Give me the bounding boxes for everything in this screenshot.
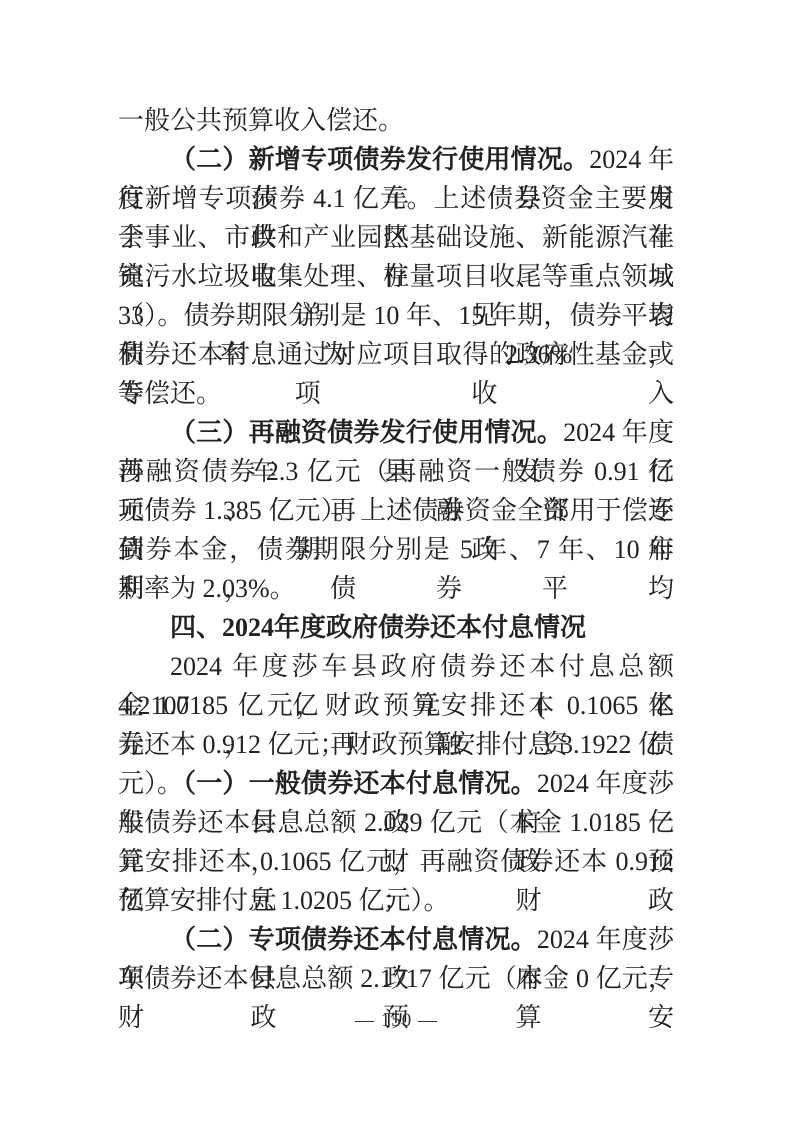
text-line: （一）一般债券还本付息情况。2024 年度莎车县政府一 bbox=[118, 764, 674, 803]
bold-heading-run: （三）再融资债券发行使用情况。 bbox=[170, 418, 563, 447]
text-line: （三）再融资债券发行使用情况。2024 年度莎车县发行 bbox=[118, 413, 674, 452]
bold-heading-run: 四、2024年度政府债券还本付息情况 bbox=[170, 613, 586, 642]
text-line: 项债券还本付息总额 2.1717 亿元（本金 0 亿元，财政预算安 bbox=[118, 959, 674, 998]
text-line: 四、2024年度政府债券还本付息情况 bbox=[118, 608, 674, 647]
text-line: 券还本 0.912 亿元；财政预算安排付息 3.1922 亿元）。 bbox=[118, 725, 674, 764]
text-line: 金 1.0185 亿元，财政预算安排还本 0.1065 亿元，再融资债 bbox=[118, 686, 674, 725]
text-line: 项债券 1.385 亿元）。上述债券资金全部用于偿还到期政府 bbox=[118, 491, 674, 530]
text-line: 一般公共预算收入偿还。 bbox=[118, 101, 674, 140]
text-block: 一般公共预算收入偿还。（二）新增专项债券发行使用情况。2024 年度莎车县发行新… bbox=[118, 101, 674, 998]
text-line: 算安排还本 0.1065 亿元，再融资债券还本 0.912 亿元；财政 bbox=[118, 842, 674, 881]
text-line: 债券还本付息通过对应项目取得的政府性基金或专项收入 bbox=[118, 335, 674, 374]
footer-page-number: — 150 — bbox=[0, 1010, 793, 1032]
text-line: （二）专项债券还本付息情况。2024 年度莎车县政府专 bbox=[118, 920, 674, 959]
text-run: 利率为 2.03%。 bbox=[118, 574, 296, 603]
text-line: 再融资债券 2.3 亿元（再融资一般债券 0.91 亿元、再融资专 bbox=[118, 452, 674, 491]
bold-heading-run: （二）专项债券还本付息情况。 bbox=[170, 925, 537, 954]
text-line: 镇污水垃圾收集处理、存量项目收尾等重点领域（详见表 bbox=[118, 257, 674, 296]
text-line: （二）新增专项债券发行使用情况。2024 年度莎车县发 bbox=[118, 140, 674, 179]
text-run: 一般公共预算收入偿还。 bbox=[118, 106, 404, 135]
text-line: 般债券还本付息总额 2.039 亿元（本金 1.0185 亿元，财政预 bbox=[118, 803, 674, 842]
text-line: 会事业、市政和产业园区基础设施、新能源汽车充电桩、城 bbox=[118, 218, 674, 257]
document-page: 一般公共预算收入偿还。（二）新增专项债券发行使用情况。2024 年度莎车县发行新… bbox=[0, 0, 793, 1122]
bold-heading-run: （二）新增专项债券发行使用情况。 bbox=[170, 145, 589, 174]
text-run: 等偿还。 bbox=[118, 379, 222, 408]
text-line: 行新增专项债券 4.1 亿元。上述债券资金主要用于供热、社 bbox=[118, 179, 674, 218]
bold-heading-run: （一）一般债券还本付息情况。 bbox=[170, 769, 537, 798]
text-line: 2024 年度莎车县政府债券还本付息总额 4.2107 亿元( 本 bbox=[118, 647, 674, 686]
text-line: 债券本金，债券期限分别是 5 年、7 年、10 年期，债券平均 bbox=[118, 530, 674, 569]
text-run: 预算安排付息 1.0205 亿元）。 bbox=[118, 886, 450, 915]
text-line: 33）。债券期限分别是 10 年、15 年期，债券平均利率为 2.36%， bbox=[118, 296, 674, 335]
